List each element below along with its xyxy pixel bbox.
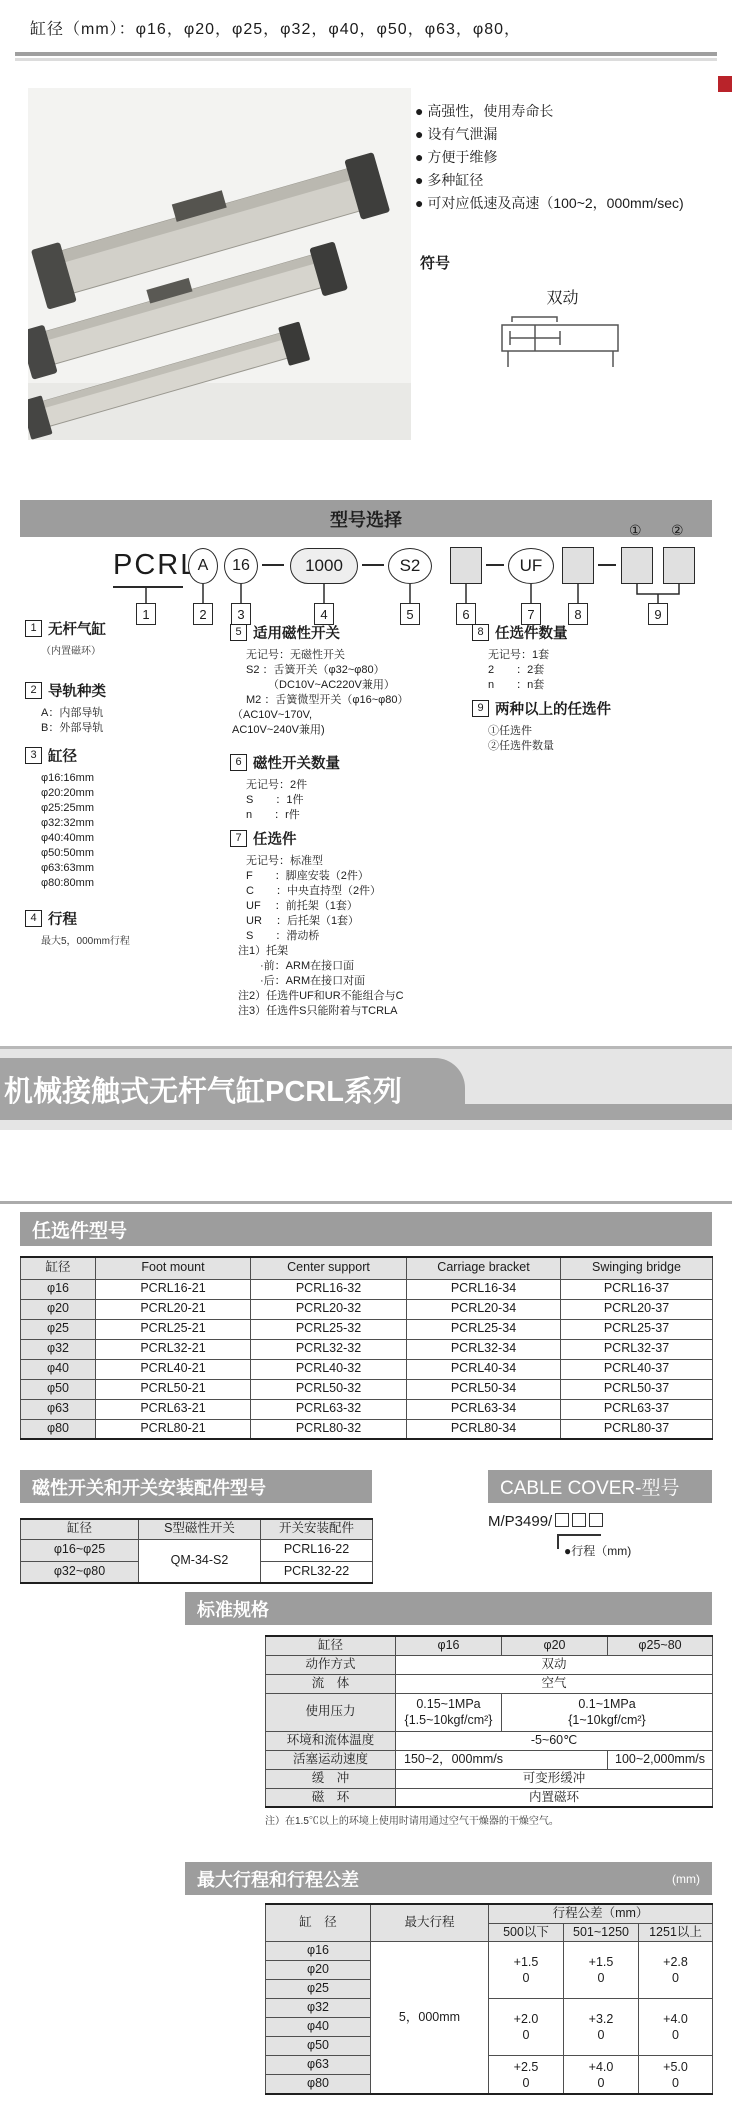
section-switch-qty: 6磁性开关数量 无记号：2件 S ：1件 n ：r件 bbox=[230, 752, 340, 823]
options-table: 缸径 Foot mount Center support Carriage br… bbox=[20, 1256, 713, 1440]
position-box-8: 8 bbox=[568, 603, 588, 625]
switch-model-cell: QM-34-S2 bbox=[139, 1539, 261, 1583]
section-rodless-cylinder: 1无杆气缸 （内置磁环） bbox=[25, 618, 106, 659]
table-row: φ80PCRL80-21PCRL80-32PCRL80-34PCRL80-37 bbox=[21, 1419, 713, 1439]
col-header: Foot mount bbox=[96, 1257, 251, 1279]
col-header: Carriage bracket bbox=[407, 1257, 561, 1279]
product-photo-image bbox=[28, 88, 411, 440]
section-option-qty: 8任选件数量 无记号：1套 2 ：2套 n ：n套 bbox=[472, 622, 568, 693]
bore-sizes-line: 缸径（mm）：φ16，φ20，φ25，φ32，φ40，φ50，φ63，φ80， bbox=[30, 16, 521, 39]
circled-1: ① bbox=[629, 522, 642, 539]
table-row: φ16PCRL16-21PCRL16-32PCRL16-34PCRL16-37 bbox=[21, 1279, 713, 1299]
table-row: 缓 冲 可变形缓冲 bbox=[266, 1769, 713, 1788]
feature-item: ● 方便于维修 bbox=[415, 146, 684, 169]
cable-cover-header: CABLE COVER-型号 bbox=[488, 1470, 712, 1503]
pressure-cell: 0.15~1MPa{1.5~10kgf/cm²} bbox=[396, 1693, 502, 1731]
digit-box bbox=[589, 1513, 603, 1527]
bullet-icon: ● bbox=[415, 126, 423, 142]
pressure-cell: 0.1~1MPa{1~10kgf/cm²} bbox=[502, 1693, 713, 1731]
col-header: Center support bbox=[251, 1257, 407, 1279]
col-header: 开关安装配件 bbox=[261, 1519, 373, 1539]
catalog-page: 缸径（mm）：φ16，φ20，φ25，φ32，φ40，φ50，φ63，φ80， bbox=[0, 0, 732, 2128]
table-row: 动作方式 双动 bbox=[266, 1655, 713, 1674]
section-number: 2 bbox=[25, 682, 42, 699]
feature-item: ● 高强性，使用寿命长 bbox=[415, 100, 684, 123]
position-box-1: 1 bbox=[136, 603, 156, 625]
section-switch-type: 5适用磁性开关 无记号：无磁性开关 S2 ：舌簧开关（φ32~φ80） （DC1… bbox=[230, 622, 409, 738]
digit-box bbox=[572, 1513, 586, 1527]
tolerance-cell: +1.50 bbox=[489, 1942, 564, 1999]
section-number: 8 bbox=[472, 624, 489, 641]
table-row: φ16~φ25 QM-34-S2 PCRL16-22 bbox=[21, 1539, 373, 1561]
section-bore: 3缸径 φ16:16mm φ20:20mm φ25:25mm φ32:32mm … bbox=[25, 745, 94, 891]
stroke-header: 最大行程和行程公差(mm) bbox=[185, 1862, 712, 1895]
pneumatic-symbol bbox=[495, 313, 630, 371]
table-row: φ50PCRL50-21PCRL50-32PCRL50-34PCRL50-37 bbox=[21, 1379, 713, 1399]
feature-item: ● 多种缸径 bbox=[415, 169, 684, 192]
section-number: 9 bbox=[472, 700, 489, 717]
page-index-marker bbox=[718, 76, 732, 92]
section-options: 7任选件 无记号：标准型 F ：脚座安装（2件） C ：中央直持型（2件） UF… bbox=[230, 828, 404, 1019]
table-row: φ32 +2.00 +3.20 +4.00 bbox=[266, 1999, 713, 2018]
series-banner: 机械接触式无杆气缸PCRL系列 bbox=[0, 1058, 465, 1120]
divider bbox=[0, 1201, 732, 1204]
cable-cover-model: M/P3499/ bbox=[488, 1513, 603, 1530]
col-header: 缸径 bbox=[21, 1257, 96, 1279]
tolerance-cell: +4.00 bbox=[639, 1999, 713, 2056]
banner-tail bbox=[462, 1104, 732, 1120]
tolerance-cell: +3.20 bbox=[564, 1999, 639, 2056]
table-header-row: 缸径 φ16 φ20 φ25~80 bbox=[266, 1636, 713, 1655]
stroke-table: 缸 径 最大行程 行程公差（mm） 500以下 501~1250 1251以上 … bbox=[265, 1903, 713, 2095]
tolerance-cell: +1.50 bbox=[564, 1942, 639, 1999]
spec-table: 缸径 φ16 φ20 φ25~80 动作方式 双动 流 体 空气 使用压力 0.… bbox=[265, 1635, 713, 1808]
circled-2: ② bbox=[671, 522, 684, 539]
table-row: 流 体 空气 bbox=[266, 1674, 713, 1693]
product-photo bbox=[28, 88, 411, 440]
table-header-row: 缸 径 最大行程 行程公差（mm） bbox=[266, 1904, 713, 1923]
feature-item: ● 设有气泄漏 bbox=[415, 123, 684, 146]
table-header-row: 缸径 S型磁性开关 开关安装配件 bbox=[21, 1519, 373, 1539]
section-number: 7 bbox=[230, 830, 247, 847]
section-multi-options: 9两种以上的任选件 ①任选件 ②任选件数量 bbox=[472, 698, 611, 754]
section-number: 3 bbox=[25, 747, 42, 764]
spec-header: 标准规格 bbox=[185, 1592, 712, 1625]
tolerance-cell: +2.00 bbox=[489, 1999, 564, 2056]
unit-label: (mm) bbox=[672, 1872, 700, 1886]
tolerance-cell: +2.50 bbox=[489, 2056, 564, 2094]
tolerance-cell: +5.00 bbox=[639, 2056, 713, 2094]
divider bbox=[15, 52, 717, 56]
divider bbox=[15, 58, 717, 61]
switch-table: 缸径 S型磁性开关 开关安装配件 φ16~φ25 QM-34-S2 PCRL16… bbox=[20, 1518, 373, 1584]
position-box-2: 2 bbox=[193, 603, 213, 625]
model-selection-header: 型号选择 bbox=[20, 500, 712, 537]
col-header: S型磁性开关 bbox=[139, 1519, 261, 1539]
spec-note: 注）在1.5℃以上的环境上使用时请用通过空气干燥器的干燥空气。 bbox=[265, 1812, 559, 1827]
col-header: 缸径 bbox=[21, 1519, 139, 1539]
col-header: Swinging bridge bbox=[561, 1257, 713, 1279]
feature-list: ● 高强性，使用寿命长 ● 设有气泄漏 ● 方便于维修 ● 多种缸径 ● 可对应… bbox=[415, 100, 684, 215]
bullet-icon: ● bbox=[415, 149, 423, 165]
section-number: 6 bbox=[230, 754, 247, 771]
bullet-icon: ● bbox=[415, 103, 423, 119]
table-row: φ63PCRL63-21PCRL63-32PCRL63-34PCRL63-37 bbox=[21, 1399, 713, 1419]
table-row: 使用压力 0.15~1MPa{1.5~10kgf/cm²} 0.1~1MPa{1… bbox=[266, 1693, 713, 1731]
table-row: φ32PCRL32-21PCRL32-32PCRL32-34PCRL32-37 bbox=[21, 1339, 713, 1359]
section-number: 4 bbox=[25, 910, 42, 927]
bullet-icon: ● bbox=[415, 195, 423, 211]
table-row: 环境和流体温度 -5~60℃ bbox=[266, 1731, 713, 1750]
options-table-header: 任选件型号 bbox=[20, 1212, 712, 1246]
section-stroke: 4行程 最大5，000mm行程 bbox=[25, 908, 130, 949]
table-row: 活塞运动速度 150~2，000mm/s 100~2,000mm/s bbox=[266, 1750, 713, 1769]
table-header-row: 缸径 Foot mount Center support Carriage br… bbox=[21, 1257, 713, 1279]
table-row: 磁 环 内置磁环 bbox=[266, 1788, 713, 1807]
cable-cover-stroke-label: ●行程（mm) bbox=[564, 1542, 631, 1559]
section-guide-type: 2导轨种类 A：内部导轨 B：外部导轨 bbox=[25, 680, 106, 736]
table-row: φ40PCRL40-21PCRL40-32PCRL40-34PCRL40-37 bbox=[21, 1359, 713, 1379]
max-stroke-cell: 5，000mm bbox=[371, 1942, 489, 2094]
tolerance-cell: +4.00 bbox=[564, 2056, 639, 2094]
feature-item: ● 可对应低速及高速（100~2，000mm/sec) bbox=[415, 192, 684, 215]
switch-table-header: 磁性开关和开关安装配件型号 bbox=[20, 1470, 372, 1503]
position-box-9: 9 bbox=[648, 603, 668, 625]
section-number: 1 bbox=[25, 620, 42, 637]
double-acting-label: 双动 bbox=[495, 285, 630, 308]
cable-cover-underline bbox=[557, 1534, 601, 1536]
table-row: φ63 +2.50 +4.00 +5.00 bbox=[266, 2056, 713, 2075]
cable-cover-leader bbox=[557, 1534, 559, 1549]
tolerance-cell: +2.80 bbox=[639, 1942, 713, 1999]
bullet-icon: ● bbox=[415, 172, 423, 188]
digit-box bbox=[555, 1513, 569, 1527]
table-row: φ16 5，000mm +1.50 +1.50 +2.80 bbox=[266, 1942, 713, 1961]
section-number: 5 bbox=[230, 624, 247, 641]
table-row: φ20PCRL20-21PCRL20-32PCRL20-34PCRL20-37 bbox=[21, 1299, 713, 1319]
symbol-title: 符号 bbox=[420, 252, 450, 273]
table-row: φ25PCRL25-21PCRL25-32PCRL25-34PCRL25-37 bbox=[21, 1319, 713, 1339]
